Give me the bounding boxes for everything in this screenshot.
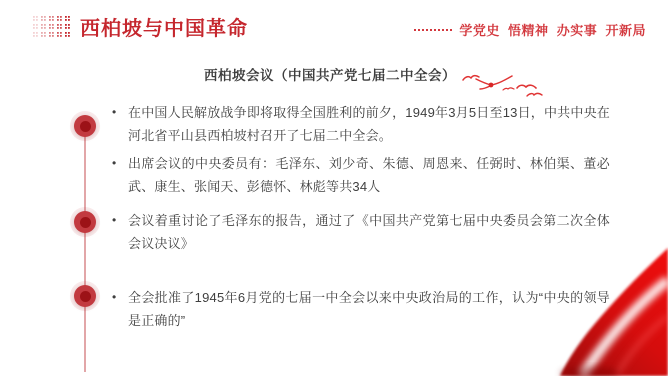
list-item: • 在中国人民解放战争即将取得全国胜利的前夕，1949年3月5日至13日，中共中… (112, 101, 610, 147)
bullet-dot: • (112, 152, 128, 198)
bullet-dot: • (112, 286, 128, 332)
timeline-node (74, 211, 96, 233)
bullet-text: 出席会议的中央委员有：毛泽东、刘少奇、朱德、周恩来、任弼时、林伯渠、董必武、康生… (128, 152, 610, 198)
bullet-dot: • (112, 101, 128, 147)
dots-pattern-icon (33, 16, 73, 40)
dotted-line (414, 29, 452, 31)
bullet-dot: • (112, 209, 128, 255)
list-item: • 出席会议的中央委员有：毛泽东、刘少奇、朱德、周恩来、任弼时、林伯渠、董必武、… (112, 152, 610, 198)
slogan-text: 学党史 悟精神 办实事 开新局 (459, 20, 646, 39)
timeline-line (84, 126, 86, 372)
bullet-text: 在中国人民解放战争即将取得全国胜利的前夕，1949年3月5日至13日，中共中央在… (128, 101, 610, 147)
page-title: 西柏坡与中国革命 (80, 12, 248, 41)
timeline-node (74, 285, 96, 307)
ribbon-wave-icon (518, 236, 668, 376)
header-slogan-row: 学党史 悟精神 办实事 开新局 (414, 20, 646, 39)
timeline-node (74, 115, 96, 137)
subtitle: 西柏坡会议（中国共产党七届二中全会） (0, 64, 660, 84)
slide: 西柏坡与中国革命 学党史 悟精神 办实事 开新局 西柏坡会议（中国共产党七届二中… (0, 0, 668, 376)
